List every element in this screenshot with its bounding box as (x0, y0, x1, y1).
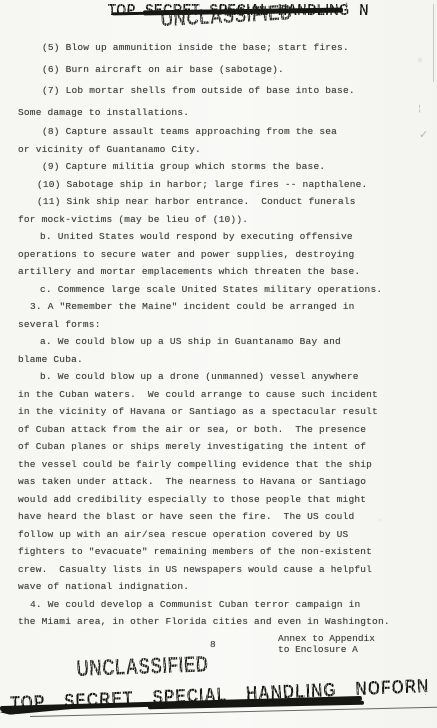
margin-mark: ¦ (345, 2, 348, 12)
document-line: several forms: (18, 316, 397, 334)
document-line: 3. A "Remember the Maine" incident could… (18, 298, 397, 316)
scan-artifact-line (433, 4, 434, 82)
document-line: follow up with an air/sea rescue operati… (18, 526, 397, 544)
document-line: would add credibility especially to thos… (18, 491, 397, 509)
annex-reference: Annex to Appendix to Enclosure A (278, 633, 375, 655)
document-line: was taken under attack. The nearness to … (18, 473, 397, 491)
document-line: the Miami area, in other Florida cities … (18, 613, 397, 631)
document-line: (5) Blow up ammunition inside the base; … (18, 37, 397, 59)
document-line: (9) Capture militia group which storms t… (18, 158, 397, 176)
document-line: the vessel could be fairly compelling ev… (18, 456, 397, 474)
margin-mark: ¦ (418, 104, 421, 114)
document-body: (5) Blow up ammunition inside the base; … (18, 37, 397, 631)
document-line: in the Cuban waters. We could arrange to… (18, 386, 397, 404)
document-line: for mock-victims (may be lieu of (10)). (18, 211, 397, 229)
document-line: fighters to "evacuate" remaining members… (18, 543, 397, 561)
document-line: artillery and mortar emplacements which … (18, 263, 397, 281)
document-line: of Cuban planes or ships merely investig… (18, 438, 397, 456)
document-line: Some damage to installations. (18, 102, 397, 124)
document-line: (11) Sink ship near harbor entrance. Con… (18, 193, 397, 211)
document-line: of Cuban attack from the air or sea, or … (18, 421, 397, 439)
document-line: c. Commence large scale United States mi… (18, 281, 397, 299)
document-line: in the vicinity of Havana or Santiago as… (18, 403, 397, 421)
document-line: (8) Capture assault teams approaching fr… (18, 123, 397, 141)
unclassified-stamp-bottom: UNCLASSIFIED (76, 651, 209, 682)
document-line: a. We could blow up a US ship in Guantan… (18, 333, 397, 351)
document-line: crew. Casualty lists in US newspapers wo… (18, 561, 397, 579)
bottom-classification-text: TOP SECRET SPECIAL HANDLING NOFORN (10, 676, 430, 715)
document-line: wave of national indignation. (18, 578, 397, 596)
document-line: operations to secure water and power sup… (18, 246, 397, 264)
document-line: (6) Burn aircraft on air base (sabotage)… (18, 59, 397, 81)
document-line: b. We could blow up a drone (unmanned) v… (18, 368, 397, 386)
document-line: blame Cuba. (18, 351, 397, 369)
document-line: (7) Lob mortar shells from outside of ba… (18, 80, 397, 102)
document-line: b. United States would respond by execut… (18, 228, 397, 246)
scanned-document-page: TOP SECRET SPECIAL HANDLING NOFORN UNCLA… (0, 0, 437, 728)
page-number: 8 (210, 639, 216, 650)
document-line: or vicinity of Guantanamo City. (18, 141, 397, 159)
margin-mark: : (424, 688, 427, 698)
document-line: (10) Sabotage ship in harbor; large fire… (18, 176, 397, 194)
margin-mark: ✓ (419, 128, 428, 141)
document-line: have heard the blast or have seen the fi… (18, 508, 397, 526)
document-line: 4. We could develop a Communist Cuban te… (18, 596, 397, 614)
